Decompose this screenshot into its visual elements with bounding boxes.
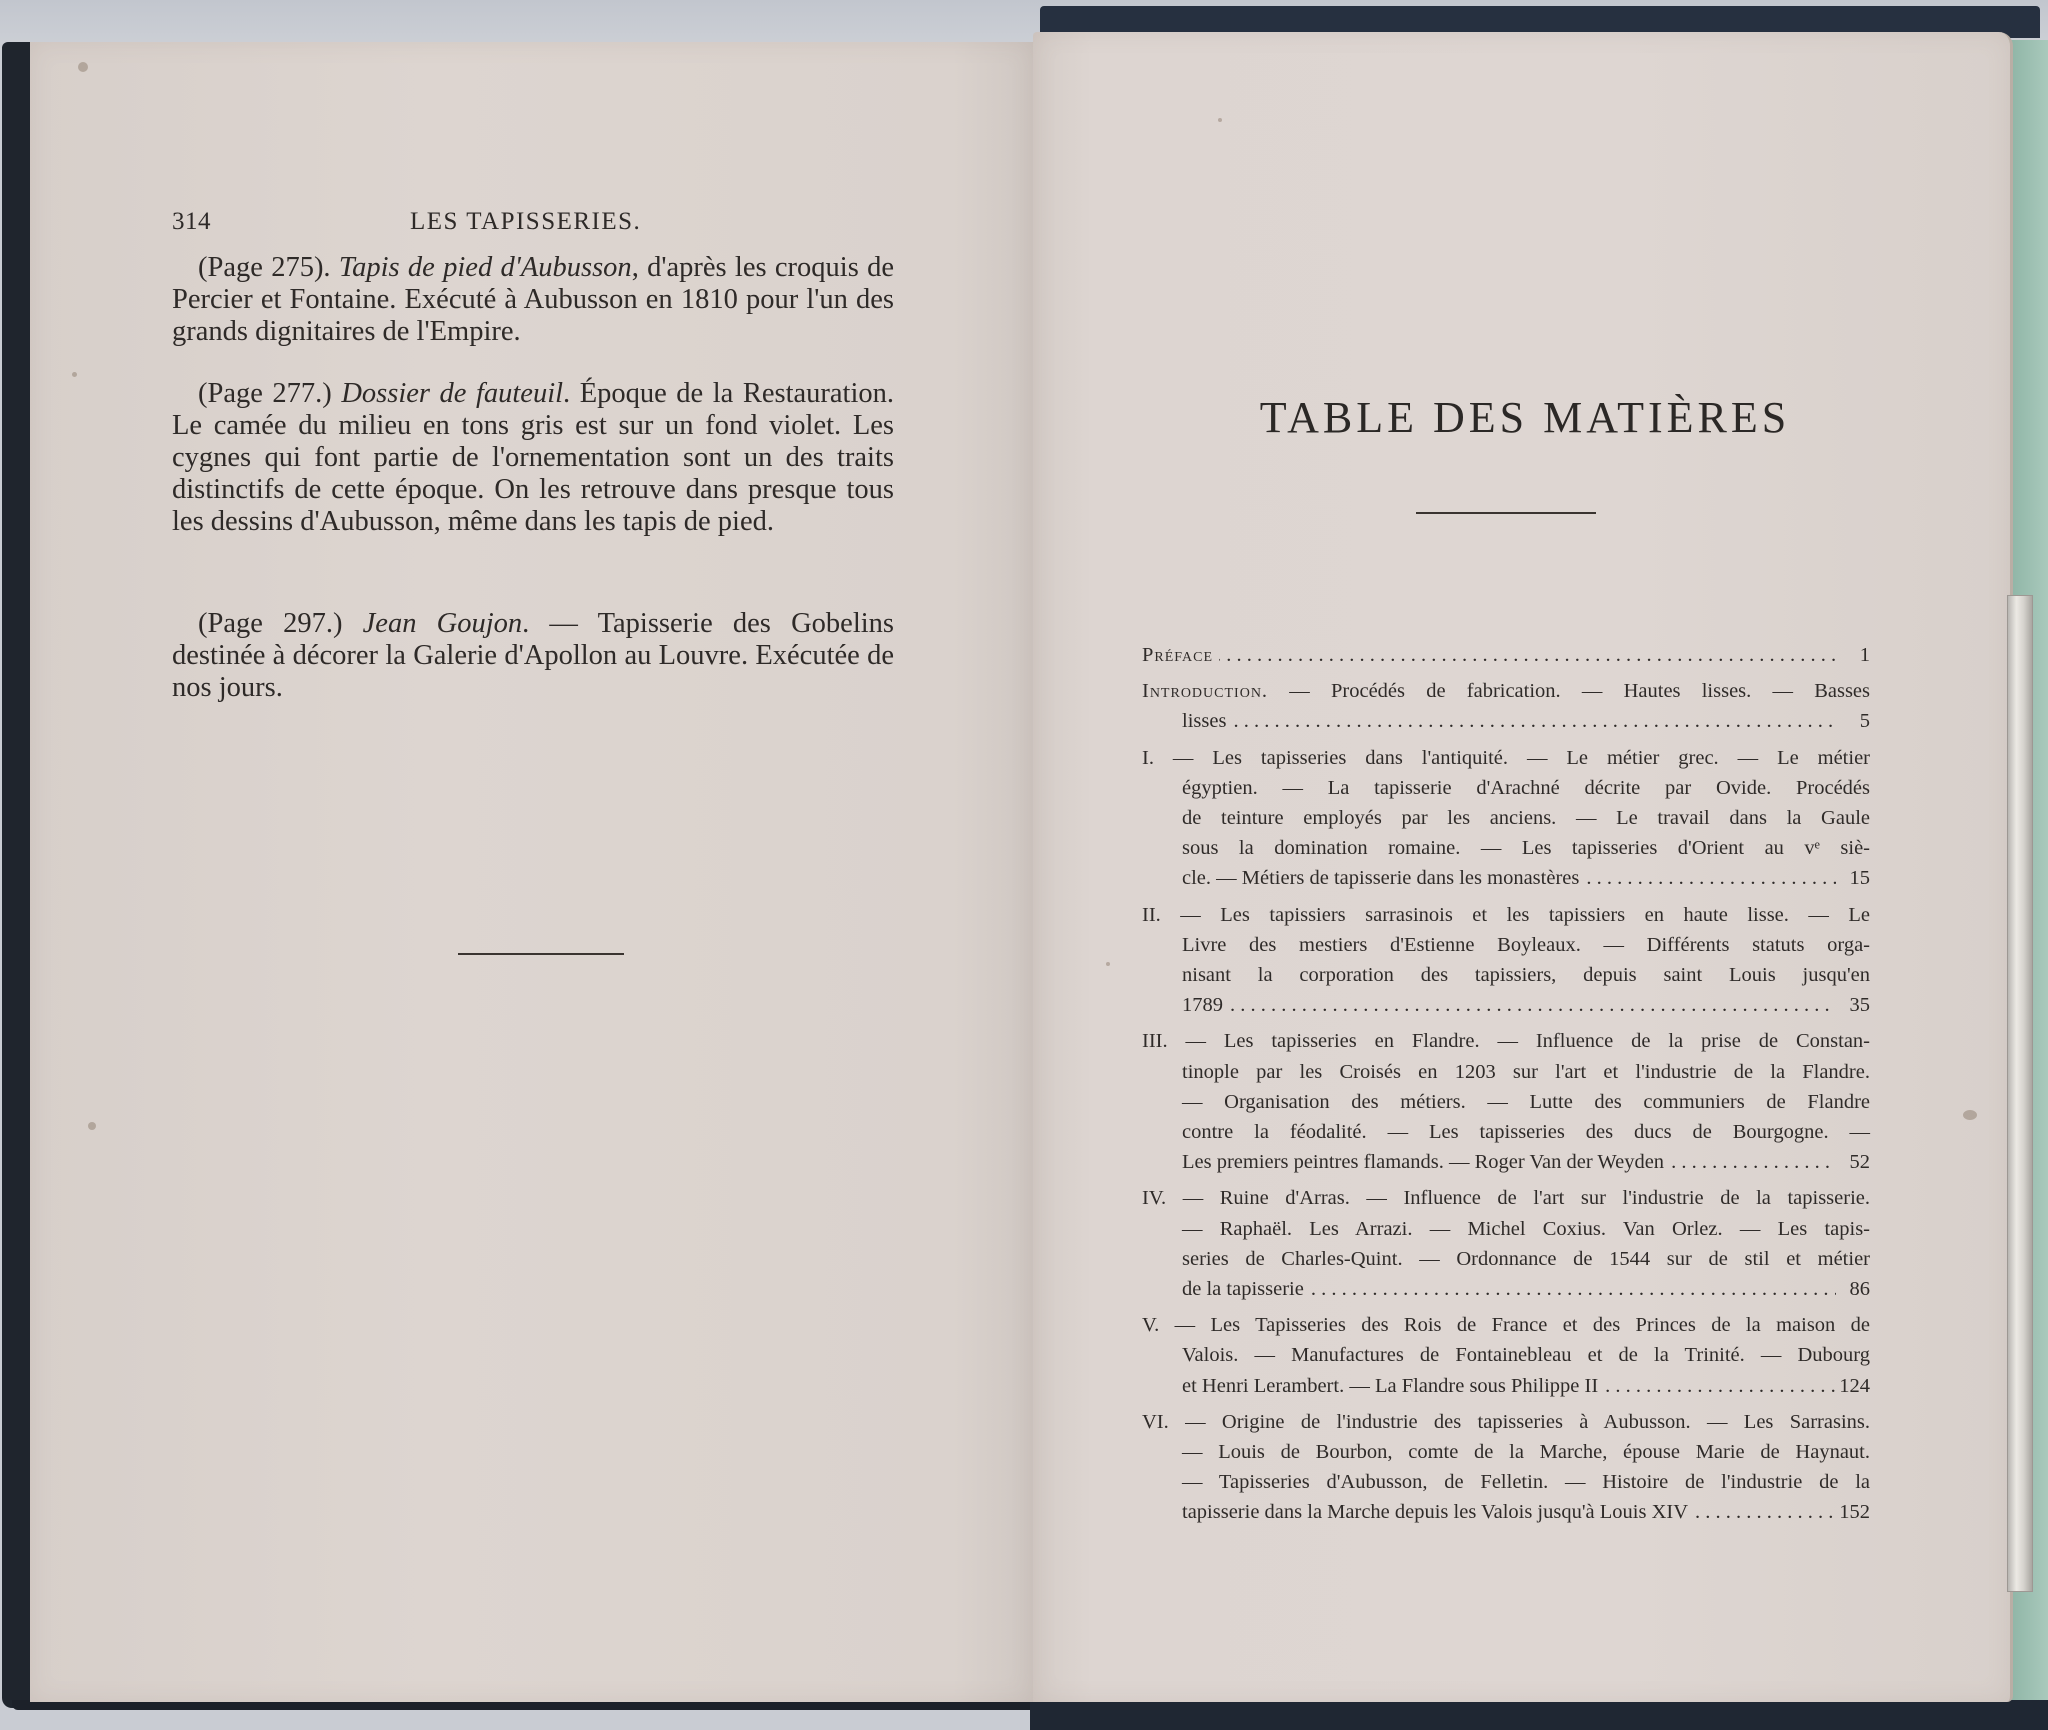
toc-entry-preface[interactable]: Préface 1 (1142, 640, 1870, 670)
running-head: 314 LES TAPISSERIES. (172, 208, 902, 238)
toc-page-number: 1 (1842, 640, 1870, 670)
note-ref: (Page 275). (198, 252, 331, 283)
plate-note: (Page 275). Tapis de pied d'Aubusson, d'… (172, 252, 894, 348)
toc-line: sous la domination romaine. — Les tapiss… (1222, 833, 1870, 863)
note-title: Tapis de pied d'Aubusson (339, 252, 632, 283)
toc-entry-chapter-2[interactable]: II. — Les tapissiers sarrasinois et les … (1142, 900, 1870, 1021)
end-rule (458, 953, 624, 955)
toc-line: tinople par les Croisés en 1203 sur l'ar… (1222, 1057, 1870, 1087)
dot-leader (1670, 1147, 1836, 1177)
toc-entry-chapter-5[interactable]: V. — Les Tapisseries des Rois de France … (1142, 1310, 1870, 1401)
note-title: Dossier de fauteuil (341, 378, 563, 409)
toc-line: de la tapisserie (1222, 1274, 1304, 1304)
toc-line: tapisserie dans la Marche depuis les Val… (1222, 1497, 1688, 1527)
dot-leader (1694, 1497, 1836, 1527)
toc-line: — Procédés de fabrication. — Hautes liss… (1289, 680, 1870, 702)
dot-leader (1219, 640, 1836, 670)
toc-entry-introduction[interactable]: Introduction. — Procédés de fabrication.… (1142, 676, 1870, 736)
toc-label: I. (1142, 747, 1154, 769)
toc-line: cle. — Métiers de tapisserie dans les mo… (1222, 863, 1579, 893)
toc-page-number: 35 (1842, 990, 1870, 1020)
table-of-contents: Préface 1 Introduction. — Procédés de fa… (1142, 640, 1870, 1534)
toc-title: TABLE DES MATIÈRES (1100, 392, 1950, 443)
toc-line: Les premiers peintres flamands. — Roger … (1222, 1147, 1664, 1177)
foxing-spot (1963, 1110, 1977, 1120)
toc-line: — Tapisseries d'Aubusson, de Felletin. —… (1222, 1467, 1870, 1497)
foxing-spot (78, 62, 88, 72)
foxing-spot (88, 1122, 96, 1130)
foxing-spot (72, 372, 77, 377)
toc-line: Livre des mestiers d'Estienne Boyleaux. … (1222, 930, 1870, 960)
toc-line: — Origine de l'industrie des tapisseries… (1185, 1411, 1870, 1433)
toc-label: Introduction. (1142, 680, 1268, 702)
foxing-spot (1218, 118, 1222, 122)
toc-page-number: 5 (1842, 706, 1870, 736)
toc-line: 1789 (1222, 990, 1223, 1020)
toc-line: et Henri Lerambert. — La Flandre sous Ph… (1222, 1371, 1598, 1401)
toc-line: contre la féodalité. — Les tapisseries d… (1222, 1117, 1870, 1147)
toc-label: V. (1142, 1314, 1159, 1336)
bookmark-strip (2007, 595, 2033, 1592)
plate-note: (Page 297.) Jean Goujon. — Tapisserie de… (172, 608, 894, 704)
toc-line: — Les tapisseries dans l'antiquité. — Le… (1173, 747, 1870, 769)
toc-line: égyptien. — La tapisserie d'Arachné décr… (1222, 773, 1870, 803)
dot-leader (1229, 990, 1836, 1020)
page-number: 314 (172, 208, 211, 236)
toc-line: — Ruine d'Arras. — Influence de l'art su… (1183, 1187, 1870, 1209)
toc-label: III. (1142, 1030, 1168, 1052)
toc-line: — Les tapissiers sarrasinois et les tapi… (1180, 904, 1870, 926)
toc-label: Préface (1186, 640, 1213, 670)
toc-line: Valois. — Manufactures de Fontainebleau … (1222, 1340, 1870, 1370)
toc-page-number: 86 (1842, 1274, 1870, 1304)
dot-leader (1232, 706, 1836, 736)
running-head-title: LES TAPISSERIES. (410, 208, 641, 236)
toc-line: — Louis de Bourbon, comte de la Marche, … (1222, 1437, 1870, 1467)
toc-page-number: 124 (1842, 1371, 1870, 1401)
toc-entry-chapter-3[interactable]: III. — Les tapisseries en Flandre. — Inf… (1142, 1026, 1870, 1177)
dot-leader (1310, 1274, 1836, 1304)
note-ref: (Page 297.) (198, 608, 342, 639)
toc-page-number: 52 (1842, 1147, 1870, 1177)
toc-line: — Organisation des métiers. — Lutte des … (1222, 1087, 1870, 1117)
title-rule (1416, 512, 1596, 514)
plate-note: (Page 277.) Dossier de fauteuil. Époque … (172, 378, 894, 538)
note-title: Jean Goujon (363, 608, 522, 639)
toc-line: nisant la corporation des tapissiers, de… (1222, 960, 1870, 990)
toc-label: VI. (1142, 1411, 1169, 1433)
toc-entry-chapter-1[interactable]: I. — Les tapisseries dans l'antiquité. —… (1142, 743, 1870, 894)
toc-line: lisses (1222, 706, 1226, 736)
toc-line: de teinture employés par les anciens. — … (1222, 803, 1870, 833)
toc-entry-chapter-4[interactable]: IV. — Ruine d'Arras. — Influence de l'ar… (1142, 1183, 1870, 1304)
note-ref: (Page 277.) (198, 378, 332, 409)
toc-line: — Les Tapisseries des Rois de France et … (1175, 1314, 1870, 1336)
toc-page-number: 152 (1842, 1497, 1870, 1527)
dot-leader (1604, 1371, 1836, 1401)
toc-line: — Raphaël. Les Arrazi. — Michel Coxius. … (1222, 1214, 1870, 1244)
toc-line: series de Charles-Quint. — Ordonnance de… (1222, 1244, 1870, 1274)
toc-label: II. (1142, 904, 1161, 926)
toc-label: IV. (1142, 1187, 1166, 1209)
foxing-spot (1106, 962, 1110, 966)
toc-page-number: 15 (1842, 863, 1870, 893)
book-cover-bottom-right (1030, 1700, 2048, 1730)
dot-leader (1585, 863, 1836, 893)
toc-line: — Les tapisseries en Flandre. — Influenc… (1186, 1030, 1871, 1052)
toc-entry-chapter-6[interactable]: VI. — Origine de l'industrie des tapisse… (1142, 1407, 1870, 1528)
